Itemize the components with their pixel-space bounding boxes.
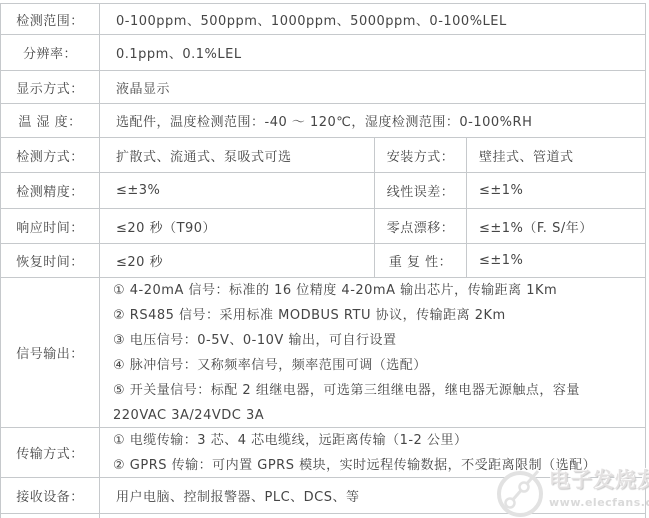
row-label-2: 线性误差： <box>375 173 467 208</box>
value-text: 选配件，温度检测范围：-40 ～ 120℃，湿度检测范围：0-100%RH <box>116 111 532 130</box>
table-row-display: 显示方式： 液晶显示 <box>1 71 645 104</box>
label-text: 响应时间： <box>16 217 84 236</box>
row-value: 0-100ppm、500ppm、1000ppm、5000ppm、0-100%LE… <box>100 4 645 34</box>
row-value: ≤20 秒 <box>100 244 375 277</box>
label-text: 重 复 性： <box>389 251 452 270</box>
label-text: 温 湿 度： <box>18 111 81 130</box>
row-value: ≤±3% <box>100 173 375 208</box>
label-text: 传输方式： <box>16 443 84 462</box>
row-value-2: 壁挂式、管道式 <box>467 138 645 172</box>
row-label: 检测范围： <box>1 4 100 34</box>
row-value: 液晶显示 <box>100 71 645 103</box>
label-text: 检测范围： <box>16 10 84 29</box>
value-line: ⑤ 开关量信号：标配 2 组继电器，可选第三组继电器，继电器无源触点，容量 <box>113 378 580 403</box>
row-label: 恢复时间： <box>1 244 100 277</box>
label-text: 线性误差： <box>387 181 455 200</box>
label-text: 恢复时间： <box>16 251 84 270</box>
value-line: ④ 脉冲信号：又称频率信号，频率范围可调（选配） <box>113 353 427 378</box>
row-label: 检测精度： <box>1 173 100 208</box>
value-text: ≤±1%（F. S/年） <box>479 217 593 236</box>
value-text: 扩散式、流通式、泵吸式可选 <box>116 146 292 165</box>
value-text: ≤±3% <box>116 183 160 198</box>
row-label-2: 安装方式： <box>375 138 467 172</box>
value-text: ≤20 秒（T90） <box>116 217 216 236</box>
value-text: 0.1ppm、0.1%LEL <box>116 43 242 62</box>
row-label: 温 湿 度： <box>1 104 100 137</box>
value-text: 0-100ppm、500ppm、1000ppm、5000ppm、0-100%LE… <box>116 10 507 29</box>
table-row-response-time: 响应时间： ≤20 秒（T90） 零点漂移： ≤±1%（F. S/年） <box>1 209 645 244</box>
value-line: 220VAC 3A/24VDC 3A <box>113 403 264 428</box>
row-label: 检测方式： <box>1 138 100 172</box>
label-text: 安装方式： <box>387 146 455 165</box>
table-row-transmission: 传输方式： ① 电缆传输：3 芯、4 芯电缆线，远距离传输（1-2 公里） ② … <box>1 428 645 478</box>
label-text: 显示方式： <box>16 78 84 97</box>
row-label: 传输方式： <box>1 428 100 477</box>
value-line: ② GPRS 传输：可内置 GPRS 模块，实时远程传输数据，不受距离限制（选配… <box>113 453 596 478</box>
table-row-temp-humidity: 温 湿 度： 选配件，温度检测范围：-40 ～ 120℃，湿度检测范围：0-10… <box>1 104 645 138</box>
row-label: 接收设备： <box>1 478 100 513</box>
value-text: ≤±1% <box>479 183 523 198</box>
row-label: 显示方式： <box>1 71 100 103</box>
row-value-2: ≤±1% <box>467 244 645 277</box>
row-label-2: 零点漂移： <box>375 209 467 243</box>
value-line: ③ 电压信号：0-5V、0-10V 输出，可自行设置 <box>113 328 396 353</box>
value-text: 用户电脑、控制报警器、PLC、DCS、等 <box>116 486 360 505</box>
label-text: 零点漂移： <box>387 217 455 236</box>
value-text: ≤±1% <box>479 253 523 268</box>
table-row-recovery-time: 恢复时间： ≤20 秒 重 复 性： ≤±1% <box>1 244 645 278</box>
spec-table: 检测范围： 0-100ppm、500ppm、1000ppm、5000ppm、0-… <box>0 3 646 518</box>
row-value: 选配件，温度检测范围：-40 ～ 120℃，湿度检测范围：0-100%RH <box>100 104 645 137</box>
row-label: 响应时间： <box>1 209 100 243</box>
row-value: 用户电脑、控制报警器、PLC、DCS、等 <box>100 478 645 513</box>
label-text: 信号输出： <box>16 343 84 362</box>
label-text: 检测方式： <box>16 146 84 165</box>
row-value-2: ≤±1% <box>467 173 645 208</box>
row-label: 分辨率： <box>1 35 100 70</box>
table-row-receiving-device: 接收设备： 用户电脑、控制报警器、PLC、DCS、等 <box>1 478 645 514</box>
table-row-detection-method: 检测方式： 扩散式、流通式、泵吸式可选 安装方式： 壁挂式、管道式 <box>1 138 645 173</box>
value-text: 液晶显示 <box>116 78 170 97</box>
value-line: ① 电缆传输：3 芯、4 芯电缆线，远距离传输（1-2 公里） <box>113 428 467 453</box>
row-value: 扩散式、流通式、泵吸式可选 <box>100 138 375 172</box>
table-row-signal-output: 信号输出： ① 4-20mA 信号：标准的 16 位精度 4-20mA 输出芯片… <box>1 278 645 428</box>
row-label: 信号输出： <box>1 278 100 427</box>
row-value-2: ≤±1%（F. S/年） <box>467 209 645 243</box>
row-label <box>1 514 100 518</box>
row-label-2: 重 复 性： <box>375 244 467 277</box>
value-line: ② RS485 信号：采用标准 MODBUS RTU 协议，传输距离 2Km <box>113 303 506 328</box>
value-line: ① 4-20mA 信号：标准的 16 位精度 4-20mA 输出芯片，传输距离 … <box>113 278 557 303</box>
table-row-resolution: 分辨率： 0.1ppm、0.1%LEL <box>1 35 645 71</box>
row-value: ① 4-20mA 信号：标准的 16 位精度 4-20mA 输出芯片，传输距离 … <box>100 278 645 427</box>
value-text: ≤20 秒 <box>116 251 163 270</box>
table-row-detection-range: 检测范围： 0-100ppm、500ppm、1000ppm、5000ppm、0-… <box>1 4 645 35</box>
table-row-accuracy: 检测精度： ≤±3% 线性误差： ≤±1% <box>1 173 645 209</box>
label-text: 检测精度： <box>16 181 84 200</box>
label-text: 接收设备： <box>16 486 84 505</box>
table-row-partial <box>1 514 645 518</box>
row-value: ① 电缆传输：3 芯、4 芯电缆线，远距离传输（1-2 公里） ② GPRS 传… <box>100 428 645 477</box>
row-value: 0.1ppm、0.1%LEL <box>100 35 645 70</box>
row-value: ≤20 秒（T90） <box>100 209 375 243</box>
value-text: 壁挂式、管道式 <box>479 146 574 165</box>
label-text: 分辨率： <box>23 43 77 62</box>
